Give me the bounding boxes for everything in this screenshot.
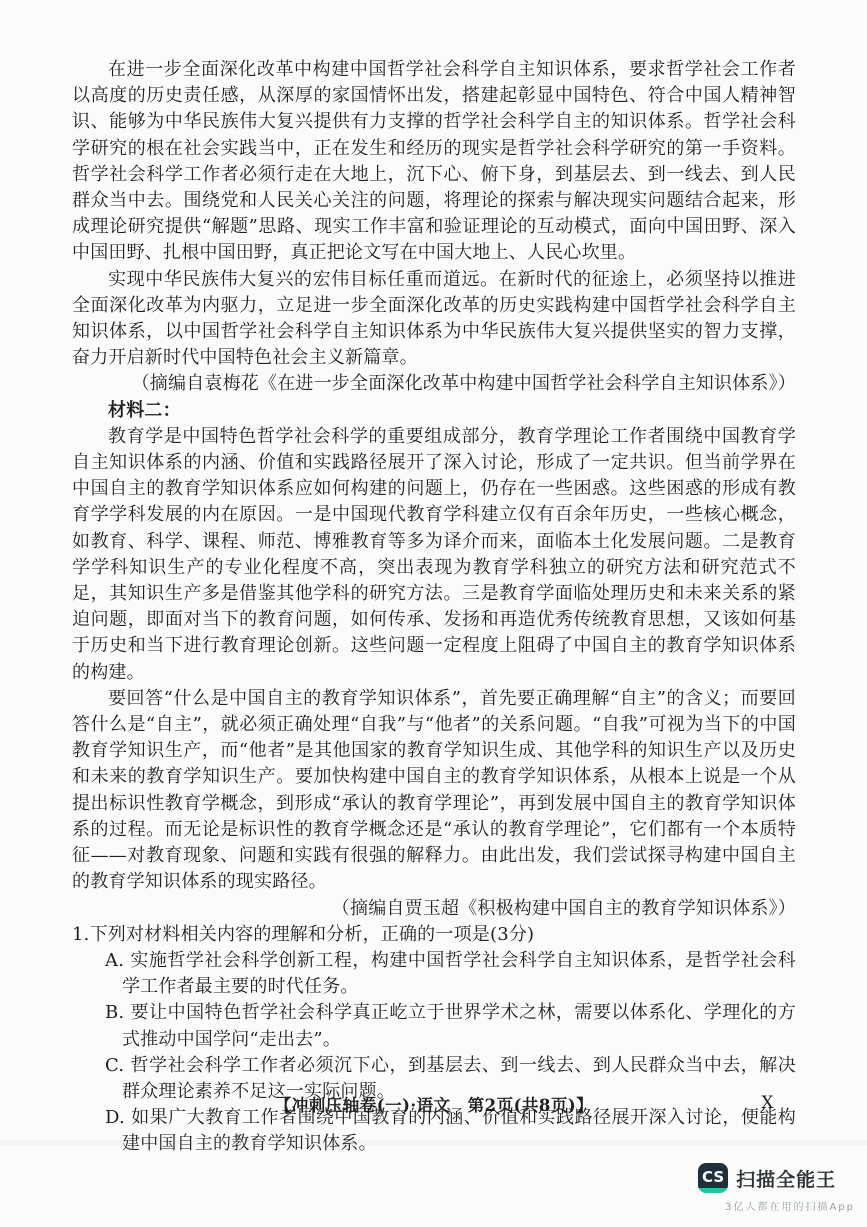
option-b-label: B. bbox=[105, 1002, 124, 1023]
footer-booklet-label: 【冲刺压轴卷(一)·语文 第2页(共8页)】 bbox=[72, 1092, 796, 1116]
question-1-stem: 1.下列对材料相关内容的理解和分析，正确的一项是(3分) bbox=[72, 922, 796, 948]
option-a-text: 实施哲学社会科学创新工程，构建中国哲学社会科学自主知识体系，是哲学社会科学工作者… bbox=[122, 950, 796, 997]
material2-attribution: （摘编自贾玉超《积极构建中国自主的教育学知识体系》） bbox=[72, 896, 796, 922]
scan-edge-shadow bbox=[0, 1140, 867, 1145]
material1-paragraph-2: 实现中华民族伟大复兴的宏伟目标任重而道远。在新时代的征途上，必须坚持以推进全面深… bbox=[72, 267, 796, 372]
camscanner-subtitle: 3亿人都在用的扫描App bbox=[725, 1198, 855, 1213]
material2-paragraph-2: 要回答“什么是中国自主的教育学知识体系”，首先要正确理解“自主”的含义；而要回答… bbox=[72, 686, 796, 896]
option-c-label: C. bbox=[105, 1055, 124, 1076]
material2-heading: 材料二： bbox=[72, 398, 796, 424]
page-footer: 【冲刺压轴卷(一)·语文 第2页(共8页)】 X bbox=[72, 1092, 796, 1116]
exam-text-block: 在进一步全面深化改革中构建中国哲学社会科学自主知识体系，要求哲学社会工作者以高度… bbox=[72, 57, 796, 1158]
camscanner-watermark: CS 扫描全能王 3亿人都在用的扫描App bbox=[698, 1163, 855, 1213]
material2-paragraph-1: 教育学是中国特色哲学社会科学的重要组成部分，教育学理论工作者围绕中国教育学自主知… bbox=[72, 424, 796, 686]
question-1-option-a: A.实施哲学社会科学创新工程，构建中国哲学社会科学自主知识体系，是哲学社会科学工… bbox=[72, 948, 796, 1000]
camscanner-title: 扫描全能王 bbox=[736, 1165, 836, 1192]
footer-version-mark: X bbox=[761, 1093, 774, 1113]
camscanner-logo-icon: CS bbox=[698, 1163, 728, 1193]
camscanner-watermark-row: CS 扫描全能王 bbox=[698, 1163, 855, 1193]
material1-paragraph-1: 在进一步全面深化改革中构建中国哲学社会科学自主知识体系，要求哲学社会工作者以高度… bbox=[72, 57, 796, 267]
option-a-label: A. bbox=[105, 950, 124, 971]
question-1-option-b: B.要让中国特色哲学社会科学真正屹立于世界学术之林，需要以体系化、学理化的方式推… bbox=[72, 1000, 796, 1052]
material1-attribution: （摘编自袁梅花《在进一步全面深化改革中构建中国哲学社会科学自主知识体系》） bbox=[72, 371, 796, 397]
scanned-exam-page: { "material1": { "paragraphs": [ "在进一步全面… bbox=[0, 0, 867, 1227]
option-b-text: 要让中国特色哲学社会科学真正屹立于世界学术之林，需要以体系化、学理化的方式推动中… bbox=[122, 1002, 796, 1049]
